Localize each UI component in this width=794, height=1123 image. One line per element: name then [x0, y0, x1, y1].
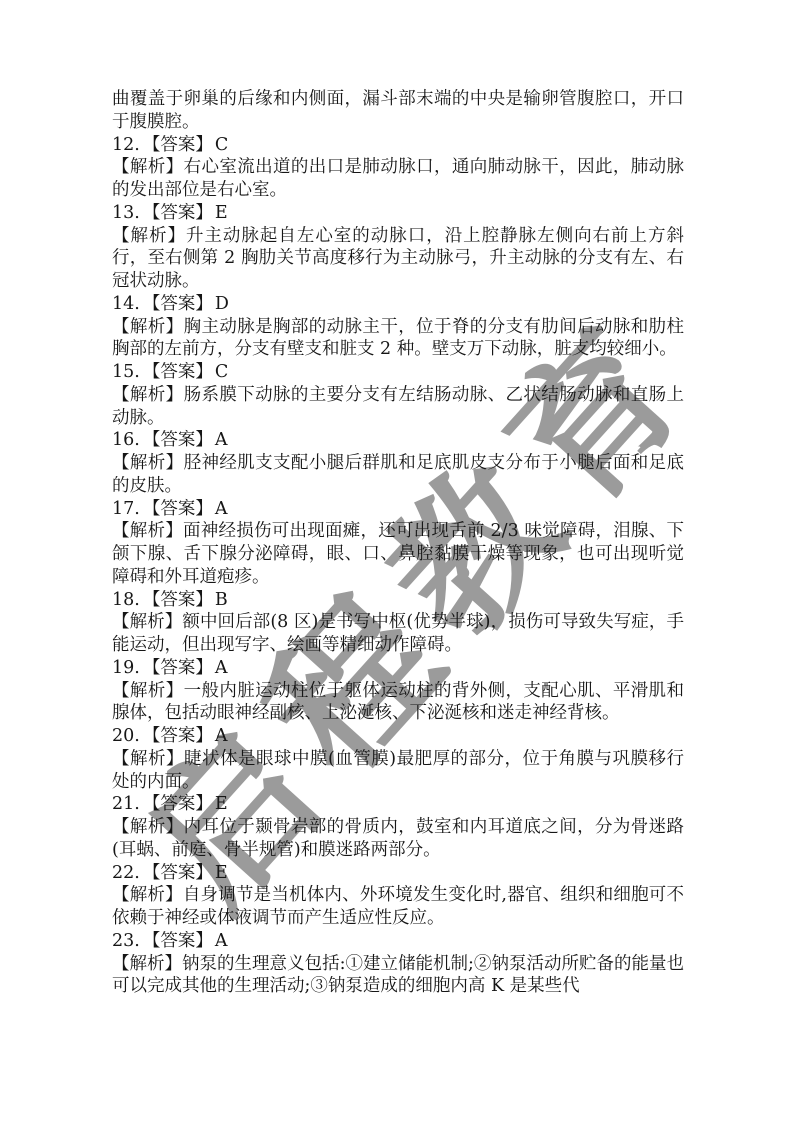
answer-letter: A	[215, 726, 228, 746]
answer-label: 【答案】	[143, 726, 213, 746]
analysis-label: 【解析】	[112, 749, 184, 769]
item-number: 18.	[112, 590, 140, 610]
analysis-paragraph-22: 【解析】自身调节是当机体内、外环境发生变化时,器官、组织和细胞可不依赖于神经或体…	[112, 884, 684, 930]
analysis-paragraph-15: 【解析】肠系膜下动脉的主要分支有左结肠动脉、乙状结肠动脉和直肠上动脉。	[112, 384, 684, 430]
answer-label: 【答案】	[143, 362, 213, 382]
item-number: 15.	[112, 362, 140, 382]
item-number: 14.	[112, 294, 140, 314]
analysis-label: 【解析】	[112, 817, 184, 837]
answer-letter: A	[215, 430, 228, 450]
analysis-paragraph-13: 【解析】升主动脉起自左心室的动脉口，沿上腔静脉左侧向右前上方斜行，至右侧第 2 …	[112, 225, 684, 293]
analysis-text: 钠泵的生理意义包括:①建立储能机制;②钠泵活动所贮备的能量也可以完成其他的生理活…	[112, 954, 684, 997]
answer-letter: C	[215, 362, 228, 382]
analysis-text: 一般内脏运动柱位于躯体运动柱的背外侧，支配心肌、平滑肌和腺体，包括动眼神经副核、…	[112, 681, 684, 724]
item-number: 12.	[112, 135, 140, 155]
answer-line-16: 16.【答案】A	[112, 429, 684, 452]
item-number: 20.	[112, 726, 140, 746]
answer-line-15: 15.【答案】C	[112, 361, 684, 384]
item-number: 16.	[112, 430, 140, 450]
answer-line-17: 17.【答案】A	[112, 498, 684, 521]
analysis-paragraph-18: 【解析】额中回后部(8 区)是书写中枢(优势半球)，损伤可导致失写症，手能运动，…	[112, 611, 684, 657]
answer-line-19: 19.【答案】A	[112, 657, 684, 680]
answer-line-23: 23.【答案】A	[112, 930, 684, 953]
answer-label: 【答案】	[143, 863, 213, 883]
analysis-text: 内耳位于颞骨岩部的骨质内，鼓室和内耳道底之间，分为骨迷路(耳蜗、前庭、骨半规管)…	[112, 817, 684, 860]
item-number: 19.	[112, 658, 140, 678]
analysis-label: 【解析】	[112, 453, 184, 473]
item-number: 17.	[112, 499, 140, 519]
analysis-text: 升主动脉起自左心室的动脉口，沿上腔静脉左侧向右前上方斜行，至右侧第 2 胸肋关节…	[112, 226, 684, 292]
analysis-label: 【解析】	[112, 226, 186, 246]
analysis-label: 【解析】	[112, 157, 184, 177]
item-number: 23.	[112, 931, 140, 951]
analysis-label: 【解析】	[112, 385, 184, 405]
analysis-text: 胫神经肌支支配小腿后群肌和足底肌皮支分布于小腿后面和足底的皮肤。	[112, 453, 684, 496]
answer-label: 【答案】	[143, 658, 213, 678]
answer-label: 【答案】	[143, 135, 213, 155]
analysis-paragraph-20: 【解析】睫状体是眼球中膜(血管膜)最肥厚的部分，位于角膜与巩膜移行处的内面。	[112, 748, 684, 794]
continuation-paragraph: 曲覆盖于卵巢的后缘和内侧面，漏斗部末端的中央是输卵管腹腔口，开口于腹膜腔。	[112, 88, 684, 134]
answer-label: 【答案】	[143, 430, 213, 450]
answer-letter: B	[215, 590, 228, 610]
answer-label: 【答案】	[143, 590, 213, 610]
answer-label: 【答案】	[143, 203, 213, 223]
analysis-text: 睫状体是眼球中膜(血管膜)最肥厚的部分，位于角膜与巩膜移行处的内面。	[112, 749, 684, 792]
item-number: 21.	[112, 794, 140, 814]
analysis-text: 额中回后部(8 区)是书写中枢(优势半球)，损伤可导致失写症，手能运动，但出现写…	[112, 612, 684, 655]
document-page: 启程教育 曲覆盖于卵巢的后缘和内侧面，漏斗部末端的中央是输卵管腹腔口，开口于腹膜…	[0, 0, 794, 1123]
answer-line-13: 13.【答案】E	[112, 202, 684, 225]
analysis-text: 肠系膜下动脉的主要分支有左结肠动脉、乙状结肠动脉和直肠上动脉。	[112, 385, 684, 428]
analysis-label: 【解析】	[112, 954, 182, 974]
answer-label: 【答案】	[143, 499, 213, 519]
analysis-label: 【解析】	[112, 885, 183, 905]
analysis-label: 【解析】	[112, 521, 183, 541]
answer-label: 【答案】	[143, 931, 213, 951]
analysis-label: 【解析】	[112, 681, 184, 701]
answer-letter: E	[215, 863, 228, 883]
analysis-paragraph-14: 【解析】胸主动脉是胸部的动脉主干，位于脊的分支有肋间后动脉和肋柱胸部的左前方，分…	[112, 316, 684, 362]
answer-label: 【答案】	[143, 294, 213, 314]
answer-label: 【答案】	[143, 794, 213, 814]
continuation-text: 曲覆盖于卵巢的后缘和内侧面，漏斗部末端的中央是输卵管腹腔口，开口于腹膜腔。	[112, 89, 684, 132]
analysis-text: 面神经损伤可出现面瘫，还可出现舌前 2/3 味觉障碍，泪腺、下颌下腺、舌下腺分泌…	[112, 521, 684, 587]
answer-line-22: 22.【答案】E	[112, 862, 684, 885]
answer-letter: C	[215, 135, 228, 155]
answer-line-20: 20.【答案】A	[112, 725, 684, 748]
analysis-paragraph-19: 【解析】一般内脏运动柱位于躯体运动柱的背外侧，支配心肌、平滑肌和腺体，包括动眼神…	[112, 680, 684, 726]
analysis-label: 【解析】	[112, 612, 182, 632]
answer-letter: E	[215, 794, 228, 814]
analysis-text: 胸主动脉是胸部的动脉主干，位于脊的分支有肋间后动脉和肋柱胸部的左前方，分支有壁支…	[112, 317, 684, 360]
answer-line-14: 14.【答案】D	[112, 293, 684, 316]
answer-line-18: 18.【答案】B	[112, 589, 684, 612]
item-number: 22.	[112, 863, 140, 883]
answer-letter: E	[215, 203, 228, 223]
answer-letter: A	[215, 658, 228, 678]
answer-letter: A	[215, 931, 228, 951]
answer-letter: A	[215, 499, 228, 519]
analysis-paragraph-12: 【解析】右心室流出道的出口是肺动脉口，通向肺动脉干，因此，肺动脉的发出部位是右心…	[112, 156, 684, 202]
analysis-label: 【解析】	[112, 317, 184, 337]
answer-line-21: 21.【答案】E	[112, 793, 684, 816]
analysis-text: 自身调节是当机体内、外环境发生变化时,器官、组织和细胞可不依赖于神经或体液调节而…	[112, 885, 684, 928]
analysis-paragraph-16: 【解析】胫神经肌支支配小腿后群肌和足底肌皮支分布于小腿后面和足底的皮肤。	[112, 452, 684, 498]
analysis-paragraph-21: 【解析】内耳位于颞骨岩部的骨质内，鼓室和内耳道底之间，分为骨迷路(耳蜗、前庭、骨…	[112, 816, 684, 862]
answer-line-12: 12.【答案】C	[112, 134, 684, 157]
analysis-paragraph-17: 【解析】面神经损伤可出现面瘫，还可出现舌前 2/3 味觉障碍，泪腺、下颌下腺、舌…	[112, 520, 684, 588]
answer-letter: D	[215, 294, 229, 314]
page-content: 曲覆盖于卵巢的后缘和内侧面，漏斗部末端的中央是输卵管腹腔口，开口于腹膜腔。 12…	[112, 88, 684, 998]
item-number: 13.	[112, 203, 140, 223]
analysis-paragraph-23: 【解析】钠泵的生理意义包括:①建立储能机制;②钠泵活动所贮备的能量也可以完成其他…	[112, 953, 684, 999]
analysis-text: 右心室流出道的出口是肺动脉口，通向肺动脉干，因此，肺动脉的发出部位是右心室。	[112, 157, 684, 200]
